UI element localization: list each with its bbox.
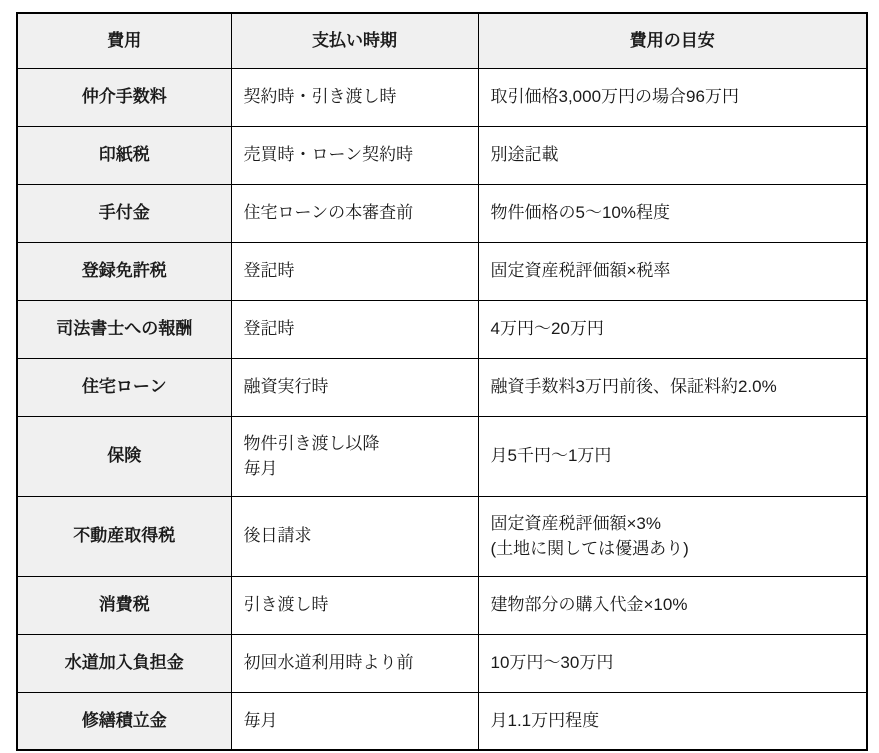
header-cost: 費用 <box>17 13 231 68</box>
row-label: 手付金 <box>17 184 231 242</box>
table-row: 登録免許税 登記時 固定資産税評価額×税率 <box>17 242 867 300</box>
timing-cell: 初回水道利用時より前 <box>231 634 478 692</box>
estimate-cell: 物件価格の5〜10%程度 <box>478 184 867 242</box>
timing-cell: 住宅ローンの本審査前 <box>231 184 478 242</box>
table-row: 保険 物件引き渡し以降 毎月 月5千円〜1万円 <box>17 416 867 496</box>
table-row: 手付金 住宅ローンの本審査前 物件価格の5〜10%程度 <box>17 184 867 242</box>
header-timing: 支払い時期 <box>231 13 478 68</box>
estimate-cell: 月1.1万円程度 <box>478 692 867 750</box>
table-row: 不動産取得税 後日請求 固定資産税評価額×3% (土地に関しては優遇あり) <box>17 496 867 576</box>
estimate-cell: 固定資産税評価額×税率 <box>478 242 867 300</box>
row-label: 修繕積立金 <box>17 692 231 750</box>
timing-cell: 登記時 <box>231 300 478 358</box>
timing-cell: 毎月 <box>231 692 478 750</box>
cost-table-container: 費用 支払い時期 費用の目安 仲介手数料 契約時・引き渡し時 取引価格3,000… <box>0 0 879 753</box>
estimate-cell: 4万円〜20万円 <box>478 300 867 358</box>
estimate-cell: 月5千円〜1万円 <box>478 416 867 496</box>
timing-cell: 後日請求 <box>231 496 478 576</box>
table-row: 仲介手数料 契約時・引き渡し時 取引価格3,000万円の場合96万円 <box>17 68 867 126</box>
timing-cell: 契約時・引き渡し時 <box>231 68 478 126</box>
row-label: 消費税 <box>17 576 231 634</box>
table-row: 消費税 引き渡し時 建物部分の購入代金×10% <box>17 576 867 634</box>
row-label: 水道加入負担金 <box>17 634 231 692</box>
table-row: 修繕積立金 毎月 月1.1万円程度 <box>17 692 867 750</box>
estimate-cell: 別途記載 <box>478 126 867 184</box>
table-row: 印紙税 売買時・ローン契約時 別途記載 <box>17 126 867 184</box>
row-label: 印紙税 <box>17 126 231 184</box>
row-label: 住宅ローン <box>17 358 231 416</box>
estimate-cell: 10万円〜30万円 <box>478 634 867 692</box>
table-row: 司法書士への報酬 登記時 4万円〜20万円 <box>17 300 867 358</box>
housing-cost-table: 費用 支払い時期 費用の目安 仲介手数料 契約時・引き渡し時 取引価格3,000… <box>16 12 868 751</box>
estimate-cell: 融資手数料3万円前後、保証料約2.0% <box>478 358 867 416</box>
timing-cell: 登記時 <box>231 242 478 300</box>
row-label: 不動産取得税 <box>17 496 231 576</box>
row-label: 仲介手数料 <box>17 68 231 126</box>
row-label: 登録免許税 <box>17 242 231 300</box>
timing-cell: 融資実行時 <box>231 358 478 416</box>
estimate-cell: 固定資産税評価額×3% (土地に関しては優遇あり) <box>478 496 867 576</box>
table-row: 住宅ローン 融資実行時 融資手数料3万円前後、保証料約2.0% <box>17 358 867 416</box>
row-label: 保険 <box>17 416 231 496</box>
table-row: 水道加入負担金 初回水道利用時より前 10万円〜30万円 <box>17 634 867 692</box>
estimate-cell: 取引価格3,000万円の場合96万円 <box>478 68 867 126</box>
header-estimate: 費用の目安 <box>478 13 867 68</box>
estimate-cell: 建物部分の購入代金×10% <box>478 576 867 634</box>
timing-cell: 売買時・ローン契約時 <box>231 126 478 184</box>
row-label: 司法書士への報酬 <box>17 300 231 358</box>
timing-cell: 引き渡し時 <box>231 576 478 634</box>
timing-cell: 物件引き渡し以降 毎月 <box>231 416 478 496</box>
header-row: 費用 支払い時期 費用の目安 <box>17 13 867 68</box>
